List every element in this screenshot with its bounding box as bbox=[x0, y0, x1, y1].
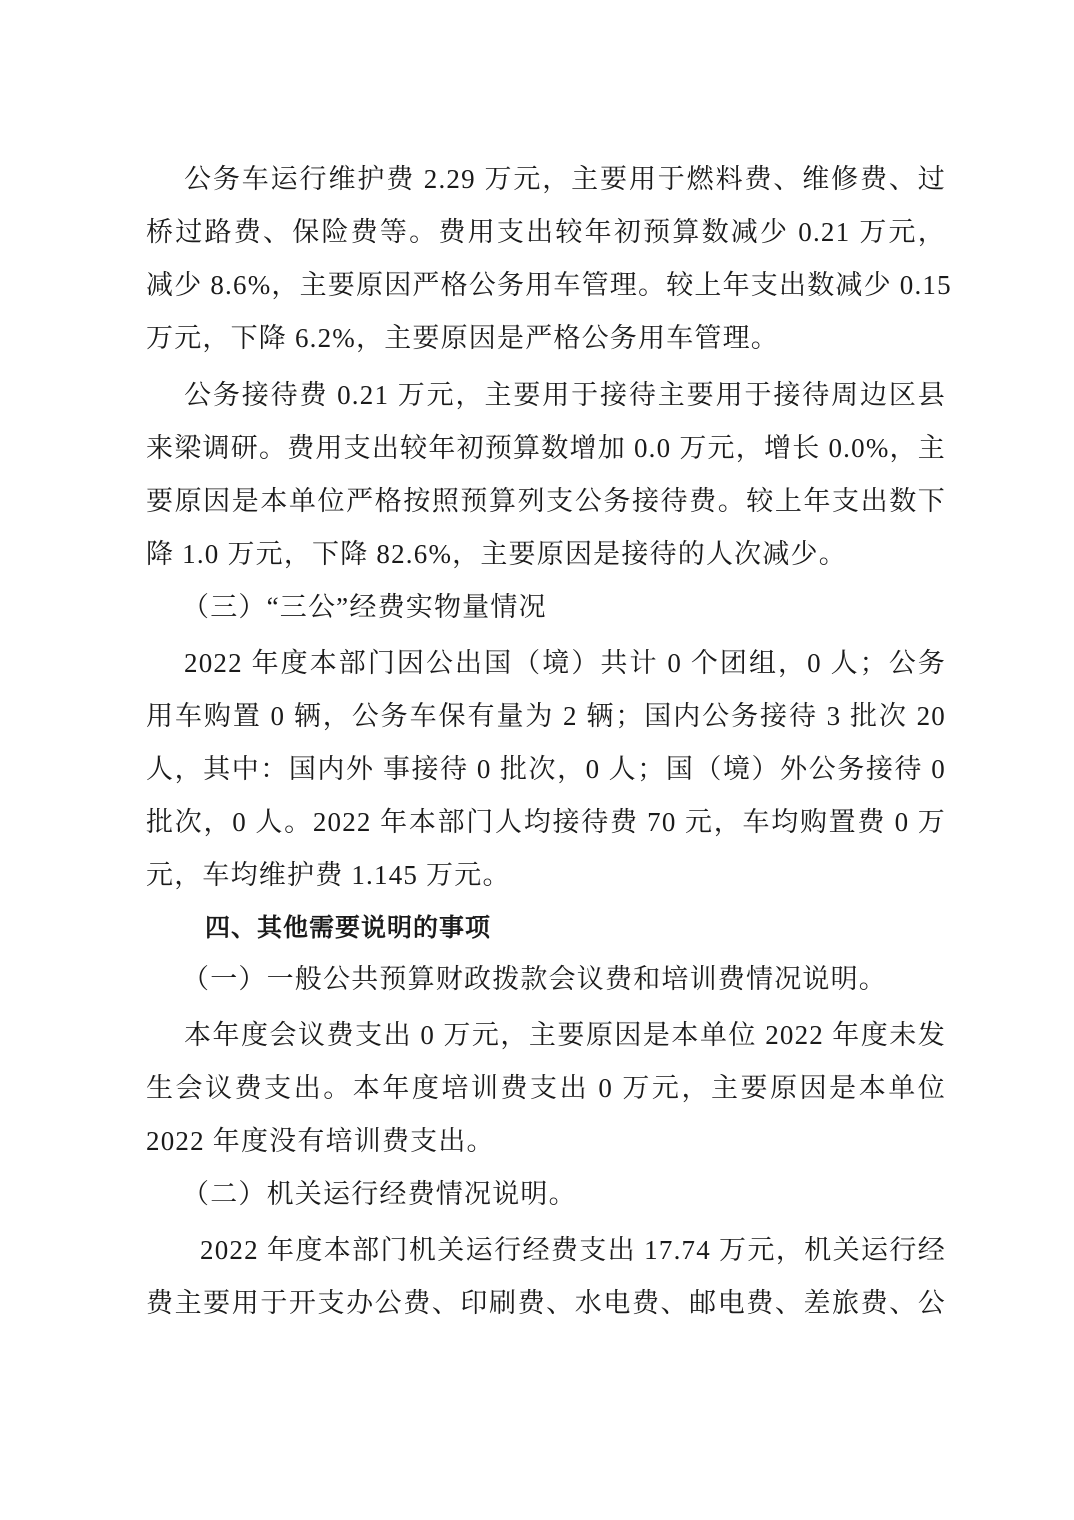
paragraph-line: 公务接待费 0.21 万元，主要用于接待主要用于接待周边区县 bbox=[184, 376, 946, 414]
paragraph-line: 2022 年度没有培训费支出。 bbox=[146, 1122, 946, 1160]
paragraph-line: 本年度会议费支出 0 万元，主要原因是本单位 2022 年度未发 bbox=[184, 1016, 946, 1054]
paragraph-line: 批次，0 人。2022 年本部门人均接待费 70 元，车均购置费 0 万 bbox=[146, 803, 946, 841]
paragraph-line: 来梁调研。费用支出较年初预算数增加 0.0 万元，增长 0.0%，主 bbox=[146, 429, 946, 467]
paragraph-line: 减少 8.6%，主要原因严格公务用车管理。较上年支出数减少 0.15 bbox=[146, 266, 946, 304]
section-heading: 四、其他需要说明的事项 bbox=[205, 909, 491, 947]
paragraph-line: 元，车均维护费 1.145 万元。 bbox=[146, 856, 946, 894]
paragraph-line: 桥过路费、保险费等。费用支出较年初预算数减少 0.21 万元， bbox=[146, 213, 946, 251]
section-subheading: （二）机关运行经费情况说明。 bbox=[182, 1175, 946, 1213]
paragraph-line: 用车购置 0 辆，公务车保有量为 2 辆；国内公务接待 3 批次 20 bbox=[146, 697, 946, 735]
document-page: 公务车运行维护费 2.29 万元，主要用于燃料费、维修费、过 桥过路费、保险费等… bbox=[0, 0, 1074, 1520]
paragraph-line: 万元，下降 6.2%，主要原因是严格公务用车管理。 bbox=[146, 319, 946, 357]
paragraph-line: 人，其中：国内外 事接待 0 批次，0 人；国（境）外公务接待 0 bbox=[146, 750, 946, 788]
section-subheading: （一）一般公共预算财政拨款会议费和培训费情况说明。 bbox=[182, 960, 946, 998]
paragraph-line: 降 1.0 万元，下降 82.6%，主要原因是接待的人次减少。 bbox=[146, 535, 946, 573]
section-subheading: （三）“三公”经费实物量情况 bbox=[182, 588, 946, 626]
paragraph-line: 2022 年度本部门机关运行经费支出 17.74 万元，机关运行经 bbox=[200, 1231, 946, 1269]
paragraph-line: 公务车运行维护费 2.29 万元，主要用于燃料费、维修费、过 bbox=[184, 160, 946, 198]
paragraph-line: 费主要用于开支办公费、印刷费、水电费、邮电费、差旅费、公 bbox=[146, 1284, 946, 1322]
paragraph-line: 生会议费支出。本年度培训费支出 0 万元，主要原因是本单位 bbox=[146, 1069, 946, 1107]
paragraph-line: 要原因是本单位严格按照预算列支公务接待费。较上年支出数下 bbox=[146, 482, 946, 520]
paragraph-line: 2022 年度本部门因公出国（境）共计 0 个团组，0 人；公务 bbox=[184, 644, 946, 682]
